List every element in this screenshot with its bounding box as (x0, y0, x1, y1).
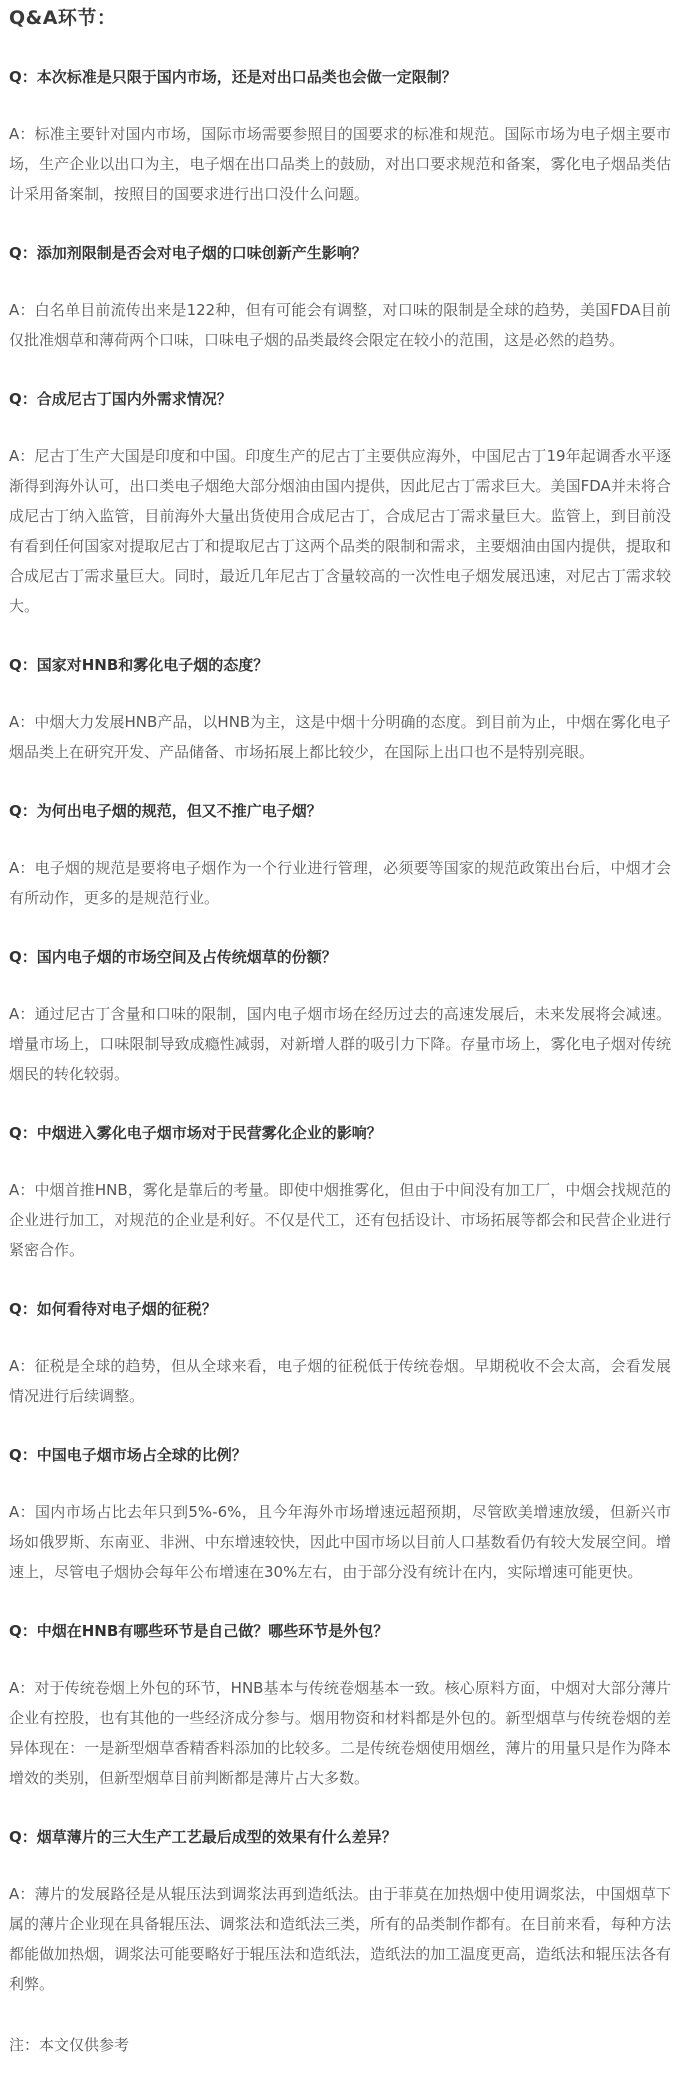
qa-item-5: Q：为何出电子烟的规范，但又不推广电子烟？ A：电子烟的规范是要将电子烟作为一个… (9, 796, 671, 913)
answer: A：电子烟的规范是要将电子烟作为一个行业进行管理，必须要等国家的规范政策出台后，… (9, 853, 671, 913)
answer: A：白名单目前流传出来是122种，但有可能会有调整，对口味的限制是全球的趋势，美… (9, 295, 671, 355)
question: Q：国内电子烟的市场空间及占传统烟草的份额？ (9, 942, 671, 972)
answer: A：中烟大力发展HNB产品，以HNB为主，这是中烟十分明确的态度。到目前为止，中… (9, 707, 671, 767)
qa-item-7: Q：中烟进入雾化电子烟市场对于民营雾化企业的影响？ A：中烟首推HNB，雾化是靠… (9, 1118, 671, 1265)
section-title: Q&A环节： (9, 3, 671, 33)
question: Q：中国电子烟市场占全球的比例？ (9, 1440, 671, 1470)
article: Q&A环节： Q：本次标准是只限于国内市场，还是对出口品类也会做一定限制？ A：… (9, 0, 671, 2060)
question: Q：中烟在HNB有哪些环节是自己做？哪些环节是外包？ (9, 1616, 671, 1646)
answer: A：通过尼古丁含量和口味的限制，国内电子烟市场在经历过去的高速发展后，未来发展将… (9, 999, 671, 1089)
question: Q：本次标准是只限于国内市场，还是对出口品类也会做一定限制？ (9, 62, 671, 92)
qa-item-1: Q：本次标准是只限于国内市场，还是对出口品类也会做一定限制？ A：标准主要针对国… (9, 62, 671, 209)
qa-item-2: Q：添加剂限制是否会对电子烟的口味创新产生影响？ A：白名单目前流传出来是122… (9, 238, 671, 355)
qa-item-8: Q：如何看待对电子烟的征税？ A：征税是全球的趋势，但从全球来看，电子烟的征税低… (9, 1294, 671, 1411)
answer: A：对于传统卷烟上外包的环节，HNB基本与传统卷烟基本一致。核心原料方面，中烟对… (9, 1673, 671, 1793)
answer: A：征税是全球的趋势，但从全球来看，电子烟的征税低于传统卷烟。早期税收不会太高，… (9, 1351, 671, 1411)
qa-item-3: Q：合成尼古丁国内外需求情况？ A：尼古丁生产大国是印度和中国。印度生产的尼古丁… (9, 384, 671, 621)
answer: A：标准主要针对国内市场，国际市场需要参照目的国要求的标准和规范。国际市场为电子… (9, 119, 671, 209)
question: Q：如何看待对电子烟的征税？ (9, 1294, 671, 1324)
qa-item-6: Q：国内电子烟的市场空间及占传统烟草的份额？ A：通过尼古丁含量和口味的限制，国… (9, 942, 671, 1089)
qa-item-9: Q：中国电子烟市场占全球的比例？ A：国内市场占比去年只到5%-6%，且今年海外… (9, 1440, 671, 1587)
question: Q：合成尼古丁国内外需求情况？ (9, 384, 671, 414)
question: Q：中烟进入雾化电子烟市场对于民营雾化企业的影响？ (9, 1118, 671, 1148)
answer: A：尼古丁生产大国是印度和中国。印度生产的尼古丁主要供应海外，中国尼古丁19年起… (9, 441, 671, 621)
answer: A：国内市场占比去年只到5%-6%，且今年海外市场增速远超预期，尽管欧美增速放缓… (9, 1497, 671, 1587)
question: Q：烟草薄片的三大生产工艺最后成型的效果有什么差异？ (9, 1822, 671, 1852)
answer: A：中烟首推HNB，雾化是靠后的考量。即使中烟推雾化，但由于中间没有加工厂，中烟… (9, 1175, 671, 1265)
qa-item-10: Q：中烟在HNB有哪些环节是自己做？哪些环节是外包？ A：对于传统卷烟上外包的环… (9, 1616, 671, 1793)
disclaimer-note: 注：本文仅供参考 (9, 2030, 671, 2060)
qa-item-11: Q：烟草薄片的三大生产工艺最后成型的效果有什么差异？ A：薄片的发展路径是从辊压… (9, 1822, 671, 1999)
question: Q：添加剂限制是否会对电子烟的口味创新产生影响？ (9, 238, 671, 268)
question: Q：为何出电子烟的规范，但又不推广电子烟？ (9, 796, 671, 826)
question: Q：国家对HNB和雾化电子烟的态度？ (9, 650, 671, 680)
qa-item-4: Q：国家对HNB和雾化电子烟的态度？ A：中烟大力发展HNB产品，以HNB为主，… (9, 650, 671, 767)
answer: A：薄片的发展路径是从辊压法到调浆法再到造纸法。由于菲莫在加热烟中使用调浆法，中… (9, 1879, 671, 1999)
